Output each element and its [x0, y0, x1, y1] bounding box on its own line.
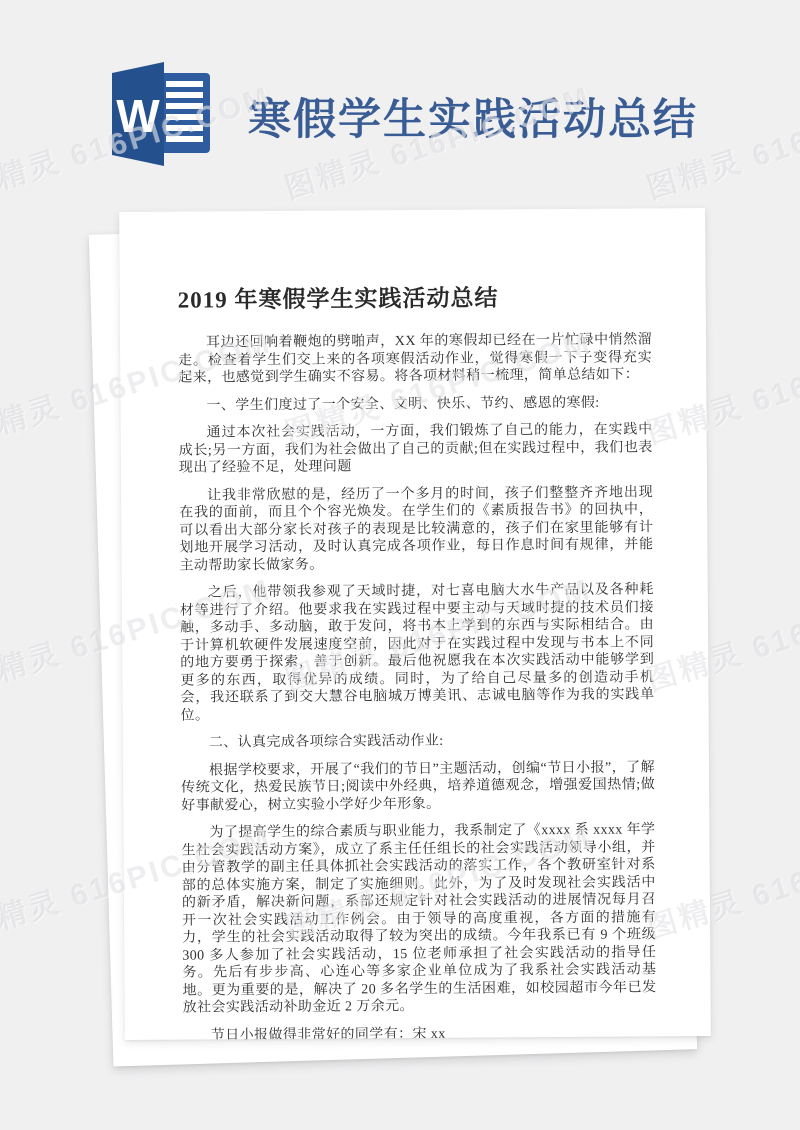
document-page: 2019 年寒假学生实践活动总结 耳边还回响着鞭炮的劈啪声，XX 年的寒假却已经… [119, 208, 711, 1040]
paragraph: 让我非常欣慰的是，经历了一个多月的时间，孩子们整整齐齐地出现在我的面前，而且个个… [179, 484, 654, 575]
document-content: 2019 年寒假学生实践活动总结 耳边还回响着鞭炮的劈啪声，XX 年的寒假却已经… [119, 208, 711, 1040]
paragraph: 通过本次社会实践活动，一方面，我们锻炼了自己的能力，在实践中成长;另一方面，我们… [179, 421, 653, 477]
paragraph: 耳边还回响着鞭炮的劈啪声，XX 年的寒假却已经在一片忙碌中悄然溜走。检查着学生们… [178, 331, 652, 387]
paragraph: 二、认真完成各项综合实践活动作业: [181, 731, 655, 752]
page-background: W 寒假学生实践活动总结 2019 年寒假学生实践活动总结 耳边还回响着鞭炮的劈… [0, 0, 800, 1130]
word-logo-icon: W [108, 60, 214, 168]
document-title: 2019 年寒假学生实践活动总结 [178, 278, 652, 314]
paragraph: 一、学生们度过了一个安全、文明、快乐、节约、感恩的寒假: [178, 394, 652, 415]
svg-text:W: W [116, 90, 160, 142]
paragraph: 根据学校要求，开展了“我们的节日”主题活动，创编“节日小报”，了解传统文化，热爱… [181, 759, 655, 815]
page-title: 寒假学生实践活动总结 [248, 86, 698, 147]
document-paragraphs: 耳边还回响着鞭炮的劈啪声，XX 年的寒假却已经在一片忙碌中悄然溜走。检查着学生们… [178, 331, 657, 1040]
paragraph: 之后，他带领我参观了天域时捷，对七喜电脑大水牛产品以及各种耗材等进行了介绍。他要… [180, 581, 655, 724]
paragraph: 为了提高学生的综合素质与职业能力，我系制定了《xxxx 系 xxxx 年学生社会… [181, 821, 656, 1017]
